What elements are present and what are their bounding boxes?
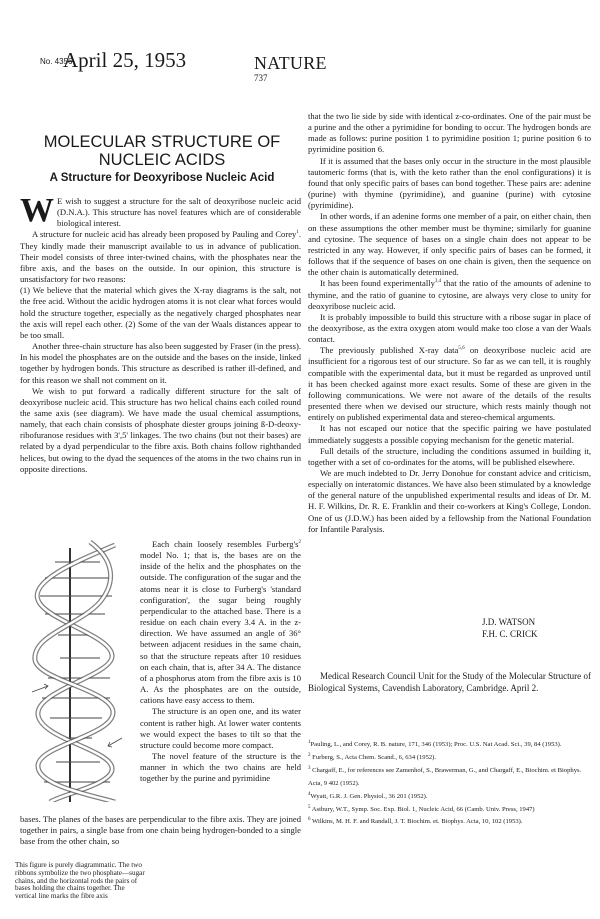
reference-marker: 2 xyxy=(299,540,302,545)
double-helix-icon xyxy=(20,540,130,802)
issue-date: April 25, 1953 xyxy=(63,48,186,73)
article-subtitle: A Structure for Deoxyribose Nucleic Acid xyxy=(28,172,296,184)
author-signatures: J.D. WATSON F.H. C. CRICK xyxy=(482,617,538,640)
reference-item: 4Wyatt, G.R. J. Gen. Physiol., 36 201 (1… xyxy=(308,791,591,804)
paragraph: (1) We believe that the material which g… xyxy=(20,285,301,341)
affiliation: Medical Research Council Unit for the St… xyxy=(308,671,591,694)
author-name: J.D. WATSON xyxy=(482,617,538,629)
paragraph: It is probably impossible to build this … xyxy=(308,312,591,345)
left-column-bottom: bases. The planes of the bases are perpe… xyxy=(20,814,301,847)
paragraph: We wish to put forward a radically diffe… xyxy=(20,386,301,475)
figure-caption: This figure is purely diagrammatic. The … xyxy=(15,862,145,901)
paragraph: The structure is an open one, and its wa… xyxy=(140,706,301,751)
intro-paragraph: WE wish to suggest a structure for the s… xyxy=(20,196,301,229)
paragraph: If it is assumed that the bases only occ… xyxy=(308,156,591,212)
paragraph: The previously published X-ray data5,6 o… xyxy=(308,345,591,423)
paragraph: It has been found experimentally3,4 that… xyxy=(308,278,591,311)
journal-name: NATURE xyxy=(254,53,327,74)
reference-item: 5 Astbury, W.T., Symp. Soc. Exp. Biol. 1… xyxy=(308,804,591,817)
references-list: 1Pauling, L., and Corey, R. B. nature, 1… xyxy=(308,739,591,829)
drop-cap: W xyxy=(20,198,54,224)
paragraph: bases. The planes of the bases are perpe… xyxy=(20,814,301,847)
author-name: F.H. C. CRICK xyxy=(482,629,538,641)
reference-item: 1Pauling, L., and Corey, R. B. nature, 1… xyxy=(308,739,591,752)
paragraph: We are much indebted to Dr. Jerry Donohu… xyxy=(308,468,591,535)
double-helix-diagram xyxy=(20,540,130,802)
left-column: WE wish to suggest a structure for the s… xyxy=(20,196,301,475)
page-number: 737 xyxy=(254,73,268,83)
reference-item: 6 Wilkins, M. H. F. and Randall, J. T. B… xyxy=(308,816,591,829)
paragraph: that the two lie side by side with ident… xyxy=(308,111,591,156)
reference-item: 3 Chargaff, E., for references see Zamen… xyxy=(308,765,591,791)
right-column: that the two lie side by side with ident… xyxy=(308,111,591,535)
paragraph: In other words, if an adenine forms one … xyxy=(308,211,591,278)
figure-wrap-text: Each chain loosely resembles Furberg's2 … xyxy=(140,539,301,784)
reference-item: 2 Furberg, S., Acta Chem. Scand., 6, 634… xyxy=(308,752,591,765)
paragraph: Full details of the structure, including… xyxy=(308,446,591,468)
paragraph: The novel feature of the structure is th… xyxy=(140,751,301,784)
article-title: MOLECULAR STRUCTURE OF NUCLEIC ACIDS xyxy=(28,133,296,169)
paragraph: A structure for nucleic acid has already… xyxy=(20,229,301,285)
paragraph: Another three-chain structure has also b… xyxy=(20,341,301,386)
paragraph: Each chain loosely resembles Furberg's2 … xyxy=(140,539,301,706)
paragraph: It has not escaped our notice that the s… xyxy=(308,423,591,445)
